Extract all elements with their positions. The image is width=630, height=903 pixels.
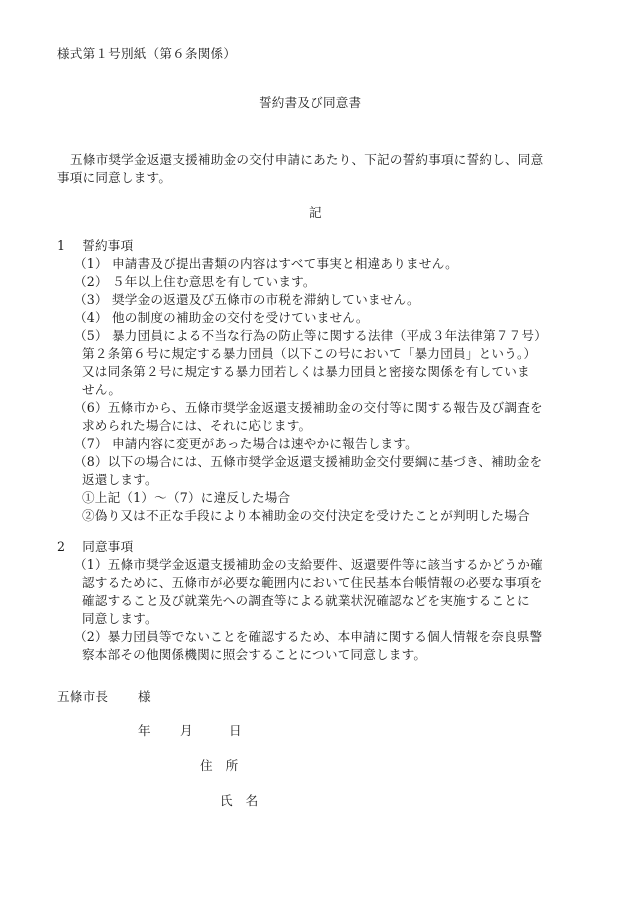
pledge-item-6-line-1: （6）五條市から、五條市奨学金返還支援補助金の交付等に関する報告及び調査を xyxy=(74,399,543,417)
addressee-honorific: 様 xyxy=(138,688,151,706)
intro-line-1: 五條市奨学金返還支援補助金の交付申請にあたり、下記の誓約事項に誓約し、同意 xyxy=(70,151,543,169)
document-title: 誓約書及び同意書 xyxy=(259,94,361,112)
date-day-label: 日 xyxy=(229,722,242,740)
pledge-item-8-sub-2: ②偽り又は不正な手段により本補助金の交付決定を受けたことが判明した場合 xyxy=(82,507,530,525)
section-2-heading: 2 同意事項 xyxy=(57,538,133,556)
pledge-item-8-line-1: （8）以下の場合には、五條市奨学金返還支援補助金交付要綱に基づき、補助金を xyxy=(74,453,542,471)
name-label: 氏 名 xyxy=(220,792,258,810)
pledge-item-2: （2） ５年以上住む意思を有しています。 xyxy=(74,273,316,291)
pledge-item-5-line-1: （5） 暴力団員による不当な行為の防止等に関する法律（平成３年法律第７７号） xyxy=(74,327,547,345)
section-1-heading: 1 誓約事項 xyxy=(57,237,133,255)
pledge-item-5-line-4: せん。 xyxy=(82,381,121,399)
consent-item-1-line-3: 確認すること及び就業先への調査等による就業状況確認などを実施することに xyxy=(82,592,530,610)
date-month-label: 月 xyxy=(180,722,193,740)
pledge-item-6-line-2: 求められた場合には、それに応じます。 xyxy=(82,417,311,435)
address-label: 住 所 xyxy=(200,757,238,775)
consent-item-1-line-1: （1）五條市奨学金返還支援補助金の支給要件、返還要件等に該当するかどうか確 xyxy=(74,556,543,574)
pledge-item-5-line-2: 第２条第６号に規定する暴力団員（以下この号において「暴力団員」という。） xyxy=(82,345,536,363)
pledge-item-1: （1） 申請書及び提出書類の内容はすべて事実と相違ありません。 xyxy=(74,255,458,273)
ki-heading: 記 xyxy=(309,204,322,222)
pledge-item-8-line-2: 返還します。 xyxy=(82,471,158,489)
pledge-item-4: （4） 他の制度の補助金の交付を受けていません。 xyxy=(74,309,369,327)
form-number-label: 様式第１号別紙（第６条関係） xyxy=(57,45,236,63)
consent-item-1-line-2: 認するために、五條市が必要な範囲内において住民基本台帳情報の必要な事項を xyxy=(82,574,543,592)
addressee-mayor: 五條市長 xyxy=(57,688,108,706)
consent-item-2-line-2: 察本部その他関係機関に照会することについて同意します。 xyxy=(82,646,426,664)
intro-line-2: 事項に同意します。 xyxy=(57,169,171,187)
pledge-item-8-sub-1: ①上記（1）～（7）に違反した場合 xyxy=(82,489,290,507)
pledge-item-3: （3） 奨学金の返還及び五條市の市税を滞納していません。 xyxy=(74,291,420,309)
pledge-item-5-line-3: 又は同条第２号に規定する暴力団若しくは暴力団員と密接な関係を有していま xyxy=(82,363,530,381)
consent-item-2-line-1: （2）暴力団員等でないことを確認するため、本申請に関する個人情報を奈良県警 xyxy=(74,628,542,646)
pledge-item-7: （7） 申請内容に変更があった場合は速やかに報告します。 xyxy=(74,435,418,453)
date-year-label: 年 xyxy=(138,722,151,740)
consent-item-1-line-4: 同意します。 xyxy=(82,610,158,628)
